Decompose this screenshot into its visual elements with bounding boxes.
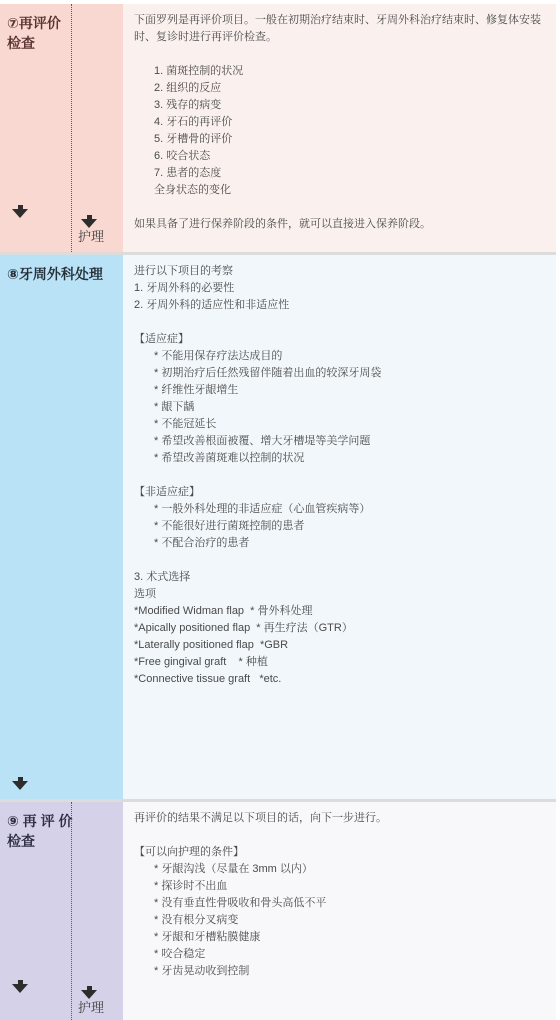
list-item: * 没有根分叉病变 <box>134 912 551 929</box>
section7-sidebar: ⑦再评价 检查 护理 <box>0 4 123 252</box>
list-item: * 没有垂直性骨吸收和骨头高低不平 <box>134 895 551 912</box>
down-arrow-icon <box>12 777 28 790</box>
section9-title-line1: ⑨ 再 评 价 <box>7 813 73 829</box>
section9-content: 再评价的结果不满足以下项目的话，向下一步进行。【可以向护理的条件】* 牙龈沟浅（… <box>123 802 556 1020</box>
section8-content: 进行以下项目的考察1. 牙周外科的必要性2. 牙周外科的适应性和非适应性【适应症… <box>123 255 556 799</box>
care-label: 护理 <box>78 229 104 245</box>
list-item: * 探诊时不出血 <box>134 878 551 895</box>
list-item: * 牙齿晃动收到控制 <box>134 963 551 980</box>
blank-line <box>134 46 551 63</box>
text-line: 3. 术式选择 <box>134 569 551 586</box>
blank-line <box>134 467 551 484</box>
text-line: 1. 牙周外科的必要性 <box>134 280 551 297</box>
text-line: *Apically positioned flap * 再生疗法（GTR） <box>134 620 551 637</box>
down-arrow-icon <box>81 986 97 999</box>
section7-content: 下面罗列是再评价项目。一般在初期治疗结束时、牙周外科治疗结束时、修复体安装时、复… <box>123 4 556 252</box>
blank-line <box>134 314 551 331</box>
down-arrow-icon <box>81 215 97 228</box>
text-line: 选项 <box>134 586 551 603</box>
list-item: * 不能冠延长 <box>134 416 551 433</box>
section8-title-line1: ⑧牙周外科处理 <box>7 266 103 282</box>
text-line: *Modified Widman flap * 骨外科处理 <box>134 603 551 620</box>
text-line: *Laterally positioned flap *GBR <box>134 637 551 654</box>
text-line: 下面罗列是再评价项目。一般在初期治疗结束时、牙周外科治疗结束时、修复体安装时、复… <box>134 12 551 46</box>
section7-title-line1: ⑦再评价 <box>7 15 61 31</box>
care-flow-group: 护理 <box>78 215 104 245</box>
list-item: * 龈下龋 <box>134 399 551 416</box>
list-item: * 初期治疗后任然残留伴随着出血的较深牙周袋 <box>134 365 551 382</box>
list-item: * 咬合稳定 <box>134 946 551 963</box>
list-item: * 一般外科处理的非适应症（心血管疾病等） <box>134 501 551 518</box>
section7-title-line2: 检查 <box>7 35 35 51</box>
list-item: * 希望改善根面被覆、增大牙槽堤等美学问题 <box>134 433 551 450</box>
list-item: 2. 组织的反应 <box>134 80 551 97</box>
list-item: * 不配合治疗的患者 <box>134 535 551 552</box>
dotted-divider <box>71 802 72 1020</box>
list-item: 7. 患者的态度 <box>134 165 551 182</box>
text-line: 如果具备了进行保养阶段的条件，就可以直接进入保养阶段。 <box>134 216 551 233</box>
text-line: *Connective tissue graft *etc. <box>134 671 551 688</box>
section9-title-line2: 检查 <box>7 833 35 849</box>
down-arrow-icon <box>12 205 28 218</box>
section8-sidebar: ⑧牙周外科处理 <box>0 255 123 799</box>
list-item: * 纤维性牙龈增生 <box>134 382 551 399</box>
text-line: 进行以下项目的考察 <box>134 263 551 280</box>
flowchart-page: ⑦再评价 检查 护理 下面罗列是再评价项目。一般在初期治疗结束时、牙周外科治疗结… <box>0 0 556 1020</box>
text-line: 【非适应症】 <box>134 484 551 501</box>
text-line: 再评价的结果不满足以下项目的话，向下一步进行。 <box>134 810 551 827</box>
dotted-divider <box>71 4 72 252</box>
blank-line <box>134 552 551 569</box>
section-reevaluation-exam-7: ⑦再评价 检查 护理 下面罗列是再评价项目。一般在初期治疗结束时、牙周外科治疗结… <box>0 4 556 252</box>
section9-sidebar: ⑨ 再 评 价 检查 护理 <box>0 802 123 1020</box>
list-item: * 希望改善菌斑难以控制的状况 <box>134 450 551 467</box>
list-item: 5. 牙槽骨的评价 <box>134 131 551 148</box>
section7-title: ⑦再评价 检查 <box>0 4 123 53</box>
text-line: *Free gingival graft * 种植 <box>134 654 551 671</box>
section-reevaluation-exam-9: ⑨ 再 评 价 检查 护理 再评价的结果不满足以下项目的话，向下一步进行。【可以… <box>0 802 556 1020</box>
list-item: 1. 菌斑控制的状况 <box>134 63 551 80</box>
list-item: 3. 残存的病变 <box>134 97 551 114</box>
text-line: 【适应症】 <box>134 331 551 348</box>
blank-line <box>134 827 551 844</box>
list-item: * 牙龈沟浅（尽量在 3mm 以内） <box>134 861 551 878</box>
list-item: 全身状态的变化 <box>134 182 551 199</box>
list-item: * 不能很好进行菌斑控制的患者 <box>134 518 551 535</box>
section9-title: ⑨ 再 评 价 检查 <box>0 802 123 851</box>
down-arrow-icon <box>12 980 28 993</box>
text-line: 2. 牙周外科的适应性和非适应性 <box>134 297 551 314</box>
list-item: 4. 牙石的再评价 <box>134 114 551 131</box>
list-item: * 不能用保存疗法达成目的 <box>134 348 551 365</box>
blank-line <box>134 199 551 216</box>
care-flow-group: 护理 <box>78 986 104 1016</box>
care-label: 护理 <box>78 1000 104 1016</box>
text-line: 【可以向护理的条件】 <box>134 844 551 861</box>
list-item: 6. 咬合状态 <box>134 148 551 165</box>
section8-title: ⑧牙周外科处理 <box>0 255 123 284</box>
section-periodontal-surgery-8: ⑧牙周外科处理 进行以下项目的考察1. 牙周外科的必要性2. 牙周外科的适应性和… <box>0 255 556 799</box>
list-item: * 牙龈和牙槽粘膜健康 <box>134 929 551 946</box>
